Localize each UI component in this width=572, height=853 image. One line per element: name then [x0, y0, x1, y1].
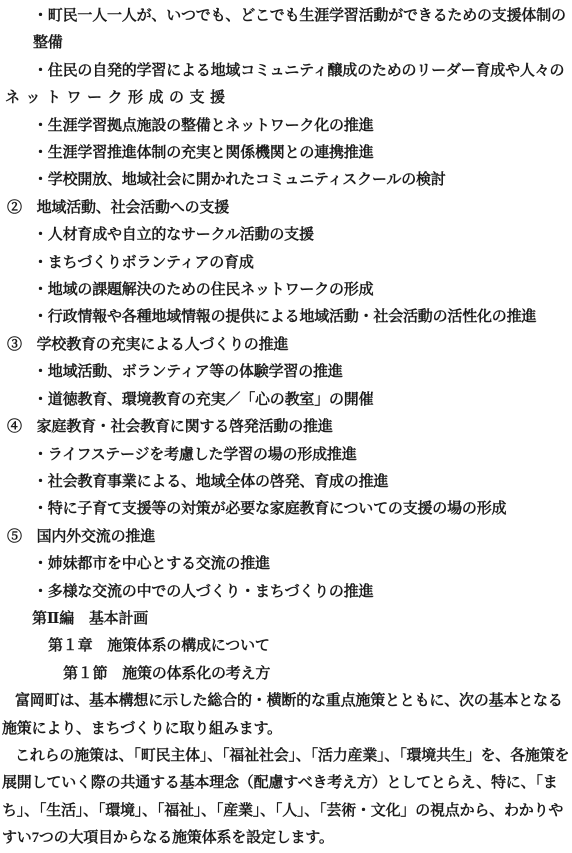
text-line: ・住民の自発的学習による地域コミュニティ醸成のためのリーダー育成や人々の	[0, 58, 572, 85]
text-line: ・学校開放、地域社会に開かれたコミュニティスクールの検討	[0, 167, 572, 194]
text-line: ② 地域活動、社会活動への支援	[0, 195, 572, 222]
text-line: ・道徳教育、環境教育の充実／「心の教室」の開催	[0, 387, 572, 414]
text-line: ・多様な交流の中での人づくり・まちづくりの推進	[0, 579, 572, 606]
text-line: これらの施策は、「町民主体」、「福祉社会」、「活力産業」、「環境共生」を、各施策…	[0, 743, 572, 770]
document-page: ・町民一人一人が、いつでも、どこでも生涯学習活動ができるための支援体制の整備・住…	[0, 0, 572, 853]
text-line: 整備	[0, 30, 572, 57]
text-line: ・生涯学習推進体制の充実と関係機関との連携推進	[0, 140, 572, 167]
text-line: ・特に子育て支援等の対策が必要な家庭教育についての支援の場の形成	[0, 496, 572, 523]
text-line: ・地域活動、ボランティア等の体験学習の推進	[0, 359, 572, 386]
text-line: 第Ⅱ編 基本計画	[0, 606, 572, 633]
text-line: ③ 学校教育の充実による人づくりの推進	[0, 332, 572, 359]
text-line: ・町民一人一人が、いつでも、どこでも生涯学習活動ができるための支援体制の	[0, 3, 572, 30]
document-body: ・町民一人一人が、いつでも、どこでも生涯学習活動ができるための支援体制の整備・住…	[0, 3, 572, 853]
text-line: ・姉妹都市を中心とする交流の推進	[0, 551, 572, 578]
text-line: ④ 家庭教育・社会教育に関する啓発活動の推進	[0, 414, 572, 441]
text-line: ・まちづくりボランティアの育成	[0, 250, 572, 277]
text-line: ・人材育成や自立的なサークル活動の支援	[0, 222, 572, 249]
text-line: ・行政情報や各種地域情報の提供による地域活動・社会活動の活性化の推進	[0, 304, 572, 331]
text-line: 施策により、まちづくりに取り組みます。	[0, 716, 572, 743]
text-line: すい7つの大項目からなる施策体系を設定します。	[0, 825, 572, 852]
text-line: ち」、「生活」、「環境」、「福祉」、「産業」、「人」、「芸術・文化」の視点から、…	[0, 798, 572, 825]
text-line: ・地域の課題解決のための住民ネットワークの形成	[0, 277, 572, 304]
text-line: 富岡町は、基本構想に示した総合的・横断的な重点施策とともに、次の基本となる	[0, 688, 572, 715]
text-line: ・ライフステージを考慮した学習の場の形成推進	[0, 442, 572, 469]
text-line: ・生涯学習拠点施設の整備とネットワーク化の推進	[0, 113, 572, 140]
text-line: ⑤ 国内外交流の推進	[0, 524, 572, 551]
text-line: ・社会教育事業による、地域全体の啓発、育成の推進	[0, 469, 572, 496]
text-line: ネットワーク形成の支援	[0, 85, 572, 112]
text-line: 展開していく際の共通する基本理念（配慮すべき考え方）としてとらえ、特に、「ま	[0, 770, 572, 797]
text-line: 第１章 施策体系の構成について	[0, 633, 572, 660]
text-line: 第１節 施策の体系化の考え方	[0, 661, 572, 688]
